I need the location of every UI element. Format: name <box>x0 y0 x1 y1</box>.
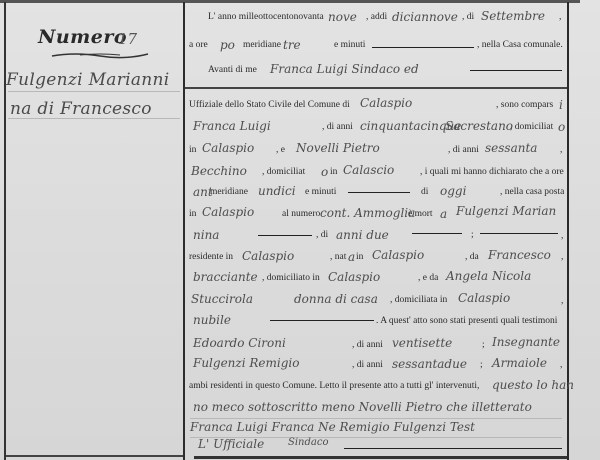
printed-text: ambi residenti in questo Comune. Letto i… <box>189 381 479 391</box>
handwritten-witness1-name: Edoardo Cironi <box>193 336 286 350</box>
handwritten-hour: tre <box>283 38 301 52</box>
blank-line <box>348 192 410 193</box>
printed-text: , i quali mi hanno dichiarato che a ore <box>420 167 564 177</box>
printed-text: ; <box>482 340 485 350</box>
printed-text: , <box>561 296 563 306</box>
printed-text: e minuti <box>334 40 365 50</box>
printed-text: a ore <box>189 40 208 50</box>
blank-line <box>372 47 474 48</box>
numero-label: Numero <box>38 26 127 48</box>
printed-text: Avanti di me <box>208 65 257 75</box>
registry-page: Numero 17 Fulgenzi Marianni na di France… <box>0 0 600 460</box>
handwritten-witness2-name: Fulgenzi Remigio <box>193 356 299 370</box>
handwritten-witness2-age: sessantadue <box>392 357 467 371</box>
printed-text: L' anno milleottocentonovanta <box>208 12 324 22</box>
handwritten-witness1-occupation: Insegnante <box>492 335 560 349</box>
handwritten-mother-name: Angela Nicola <box>446 269 531 283</box>
printed-text: , <box>559 12 561 22</box>
blank-line <box>412 233 462 234</box>
blank-line <box>470 70 562 71</box>
handwritten-month: Settembre <box>481 9 545 23</box>
handwritten-officer-signature: Sindaco <box>288 437 328 448</box>
printed-text: , domiciliato in <box>262 273 320 283</box>
printed-text: , sono compars <box>496 100 553 110</box>
deceased-name-line1: Fulgenzi Marianni <box>6 70 170 90</box>
handwritten-deceased-name-cont: nina <box>193 228 219 242</box>
printed-text: in <box>189 209 196 219</box>
column-divider <box>183 2 185 460</box>
printed-text: , nella Casa comunale. <box>477 40 563 50</box>
bottom-rule <box>194 456 567 459</box>
handwritten-suffix: o <box>321 165 328 179</box>
handwritten-death-place: Calaspio <box>202 205 254 219</box>
handwritten-domicile: Calaspio <box>202 141 254 155</box>
printed-text: ; <box>480 360 483 370</box>
printed-text: , e da <box>418 273 438 283</box>
header-separator <box>185 87 567 89</box>
handwritten-officer: Franca Luigi Sindaco ed <box>270 62 419 76</box>
printed-text: , di <box>316 230 328 240</box>
signature-line <box>344 448 562 449</box>
printed-text: , e <box>276 145 285 155</box>
printed-text: e minuti <box>305 187 336 197</box>
printed-text: è mort <box>408 209 433 219</box>
printed-text: , domiciliat <box>510 122 553 132</box>
handwritten-declarant2-name: Novelli Pietro <box>296 141 380 155</box>
printed-text: . A quest' atto sono stati presenti qual… <box>376 316 557 326</box>
handwritten-death-day: oggi <box>440 184 466 198</box>
handwritten-closing-cont: no meco sottoscritto meno Novelli Pietro… <box>193 400 532 414</box>
handwritten-domicile: Calascio <box>343 163 394 177</box>
handwritten-declarant2-age: sessanta <box>485 141 537 155</box>
printed-text: , <box>560 145 562 155</box>
printed-text: , di anni <box>352 340 383 350</box>
printed-text: in <box>189 145 196 155</box>
handwritten-suffix: i <box>559 98 563 112</box>
printed-text: , nella casa posta <box>500 187 564 197</box>
printed-text: , di anni <box>322 122 353 132</box>
printed-text: di <box>421 187 428 197</box>
left-bottom-rule <box>6 455 183 457</box>
handwritten-father-name: Francesco <box>488 248 551 262</box>
printed-text: in <box>330 167 337 177</box>
blank-line <box>480 233 558 234</box>
handwritten-residence: Calaspio <box>242 249 294 263</box>
flourish-ornament <box>50 50 150 60</box>
handwritten-suffix: a <box>348 250 355 264</box>
printed-text: , di <box>462 12 474 22</box>
handwritten-father-domicile: Calaspio <box>328 270 380 284</box>
blank-line <box>258 235 312 236</box>
handwritten-deceased-age: anni due <box>336 228 389 242</box>
printed-text: , <box>561 231 563 241</box>
printed-text: in <box>356 252 363 262</box>
handwritten-closing: questo lo han <box>492 378 574 392</box>
handwritten-day: diciannove <box>392 10 458 24</box>
printed-text: , <box>560 360 562 370</box>
handwritten-deceased-name: Fulgenzi Marian <box>456 204 556 218</box>
numero-value: 17 <box>118 30 137 48</box>
handwritten-mother-surname: Stuccirola <box>191 292 253 306</box>
guide-line <box>190 418 562 419</box>
handwritten-declarant1-name: Franca Luigi <box>193 119 271 133</box>
handwritten-period: po <box>220 38 235 52</box>
handwritten-signatures: Franca Luigi Franca Ne Remigio Fulgenzi … <box>190 420 475 434</box>
deceased-name-line2: na di Francesco <box>10 99 152 119</box>
handwritten-officer-title: L' Ufficiale <box>198 437 264 451</box>
top-border <box>0 0 580 3</box>
printed-text: , <box>561 252 563 262</box>
printed-text: al numero <box>282 209 320 219</box>
handwritten-year: nove <box>328 10 357 24</box>
handwritten-mother-domicile: Calaspio <box>458 291 510 305</box>
printed-text: ; <box>471 230 474 240</box>
handwritten-witness2-occupation: Armaiole <box>492 356 547 370</box>
handwritten-address: cont. Ammoglia <box>320 206 415 220</box>
handwritten-witness1-age: ventisette <box>392 336 452 350</box>
printed-text: , nat <box>330 252 346 262</box>
handwritten-death-hour: undici <box>258 184 296 198</box>
printed-text: meridiane <box>210 187 248 197</box>
printed-text: , da <box>465 252 479 262</box>
guide-line <box>8 118 180 119</box>
printed-text: meridiane <box>243 40 281 50</box>
handwritten-birthplace: Calaspio <box>372 248 424 262</box>
handwritten-mother-occupation: donna di casa <box>294 292 378 306</box>
printed-text: , di anni <box>352 360 383 370</box>
printed-text: residente in <box>189 252 233 262</box>
handwritten-father-occupation: bracciante <box>193 270 258 284</box>
handwritten-declarant2-occupation: Becchino <box>191 164 247 178</box>
handwritten-marital-status: nubile <box>193 313 231 327</box>
guide-line <box>8 91 180 92</box>
printed-text: Uffiziale dello Stato Civile del Comune … <box>189 100 350 110</box>
printed-text: , addì <box>366 12 387 22</box>
handwritten-suffix: o <box>558 120 565 134</box>
printed-text: , di anni <box>448 145 479 155</box>
printed-text: , domiciliat <box>262 167 305 177</box>
handwritten-comune: Calaspio <box>360 96 412 110</box>
handwritten-declarant1-occupation: Sacrestano <box>445 119 513 133</box>
blank-line <box>270 320 374 321</box>
printed-text: , domiciliata in <box>390 295 447 305</box>
handwritten-suffix: a <box>440 207 447 221</box>
